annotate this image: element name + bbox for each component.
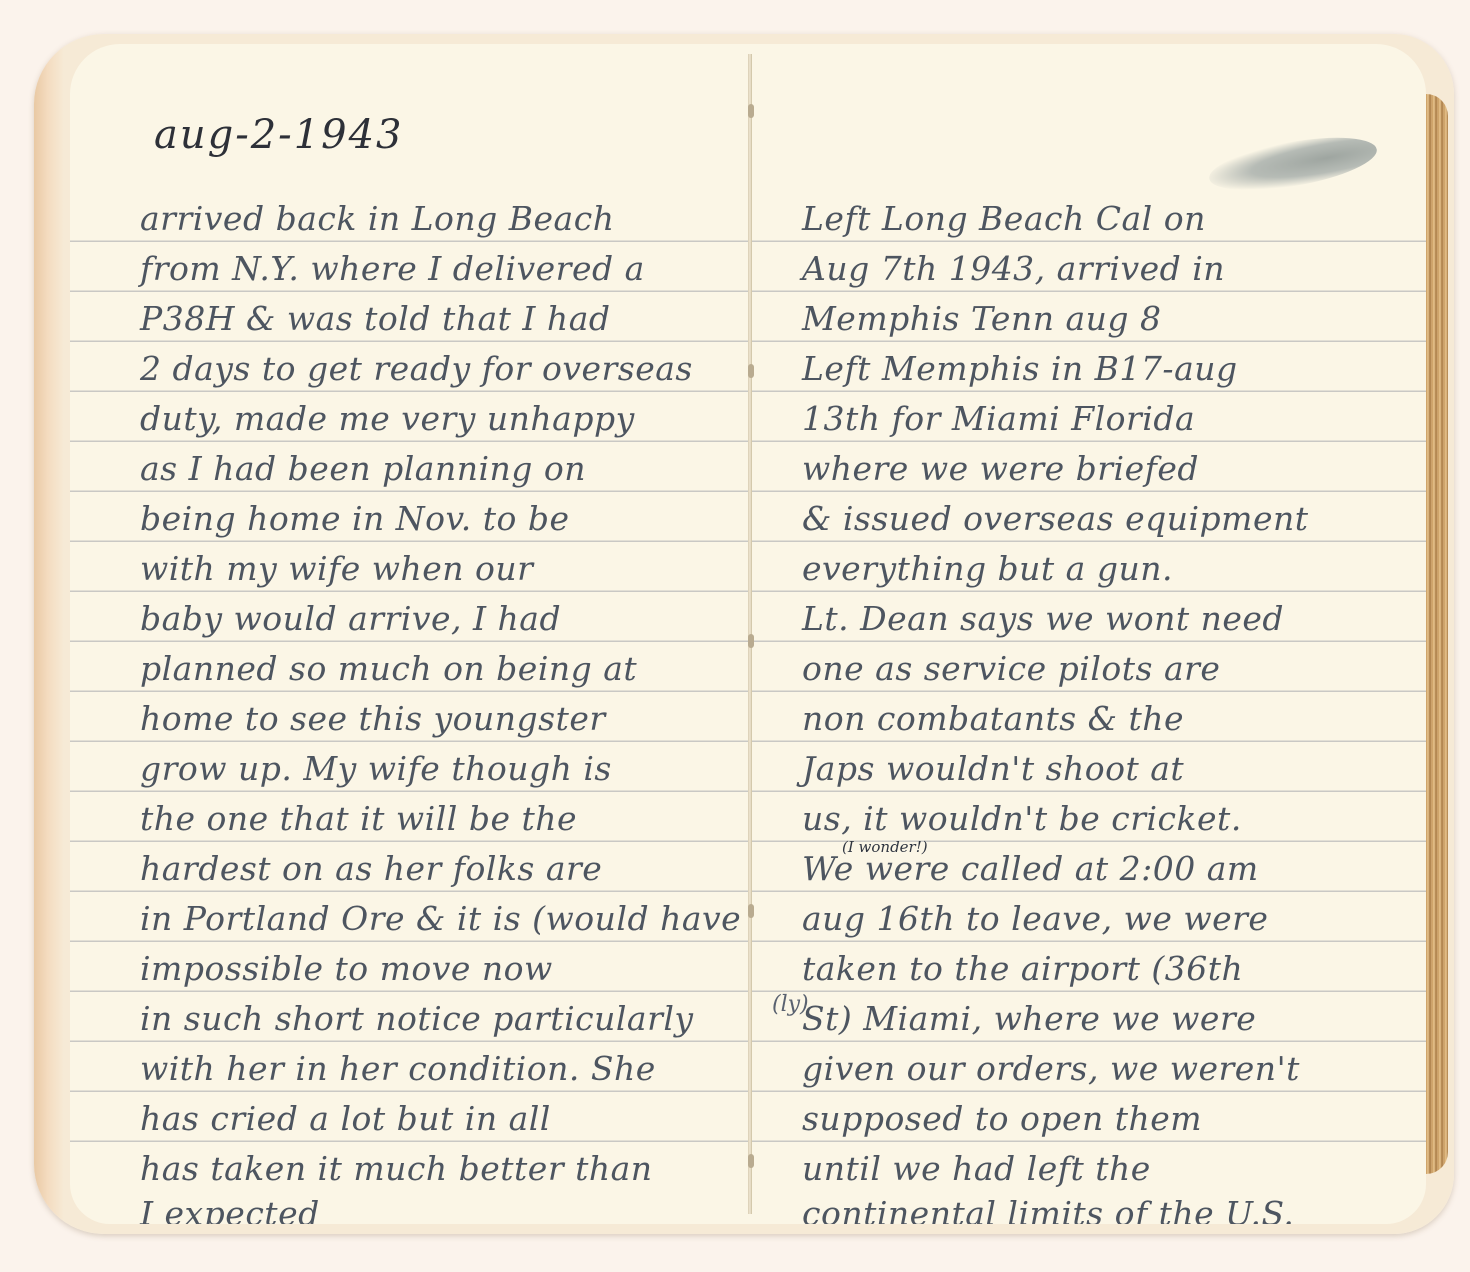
margin-note: (ly)	[772, 992, 809, 1017]
text-line: & issued overseas equipment	[802, 494, 1309, 544]
text-line: Lt. Dean says we wont need	[802, 594, 1284, 644]
text-line: I expected	[140, 1189, 320, 1224]
text-line: 13th for Miami Florida	[802, 394, 1195, 444]
binding-stitch	[748, 1154, 754, 1168]
right-page: Left Long Beach Cal on Aug 7th 1943, arr…	[750, 44, 1426, 1224]
text-line: us, it wouldn't be cricket.	[802, 794, 1242, 844]
binding-stitch	[748, 634, 754, 648]
entry-date: aug-2-1943	[154, 112, 404, 158]
text-line: taken to the airport (36th	[802, 944, 1243, 994]
text-line: has cried a lot but in all	[140, 1094, 551, 1144]
page-edges	[1426, 94, 1448, 1174]
binding-stitch	[748, 364, 754, 378]
text-line: one as service pilots are	[802, 644, 1220, 694]
text-line: impossible to move now	[140, 944, 553, 994]
text-line: in such short notice particularly	[140, 994, 694, 1044]
text-line: as I had been planning on	[140, 444, 586, 494]
text-line: everything but a gun.	[802, 544, 1173, 594]
text-line: Aug 7th 1943, arrived in	[802, 244, 1225, 294]
text-line: Left Memphis in B17-aug	[802, 344, 1238, 394]
text-line: baby would arrive, I had	[140, 594, 561, 644]
text-line: Japs wouldn't shoot at	[802, 744, 1184, 794]
text-line: planned so much on being at	[140, 644, 637, 694]
text-line: We were called at 2:00 am	[802, 844, 1259, 894]
text-line: with my wife when our	[140, 544, 533, 594]
text-line: grow up. My wife though is	[140, 744, 612, 794]
text-line: home to see this youngster	[140, 694, 606, 744]
text-line: given our orders, we weren't	[802, 1044, 1300, 1094]
text-line: has taken it much better than	[140, 1144, 653, 1194]
binding-stitch	[748, 104, 754, 118]
text-line: the one that it will be the	[140, 794, 577, 844]
text-line: being home in Nov. to be	[140, 494, 570, 544]
text-line: 2 days to get ready for overseas	[140, 344, 693, 394]
ink-stain	[1205, 128, 1380, 201]
text-line: supposed to open them	[802, 1094, 1202, 1144]
text-line: aug 16th to leave, we were	[802, 894, 1268, 944]
text-line: from N.Y. where I delivered a	[140, 244, 645, 294]
text-line: where we were briefed	[802, 444, 1199, 494]
notebook: aug-2-1943 arrived back in Long Beach fr…	[34, 34, 1454, 1234]
left-page: aug-2-1943 arrived back in Long Beach fr…	[70, 44, 750, 1224]
text-line: in Portland Ore & it is (would have — st…	[140, 894, 750, 944]
text-line: P38H & was told that I had	[140, 294, 611, 344]
text-line: Left Long Beach Cal on	[802, 194, 1206, 244]
text-line: arrived back in Long Beach	[140, 194, 614, 244]
text-line: non combatants & the	[802, 694, 1184, 744]
text-line: hardest on as her folks are	[140, 844, 602, 894]
binding-stitch	[748, 904, 754, 918]
text-line: with her in her condition. She	[140, 1044, 656, 1094]
text-line: until we had left the	[802, 1144, 1151, 1194]
text-line: Memphis Tenn aug 8	[802, 294, 1161, 344]
text-line: St) Miami, where we were	[802, 994, 1256, 1044]
text-line: continental limits of the U.S.	[802, 1189, 1294, 1224]
text-line: duty, made me very unhappy	[140, 394, 635, 444]
